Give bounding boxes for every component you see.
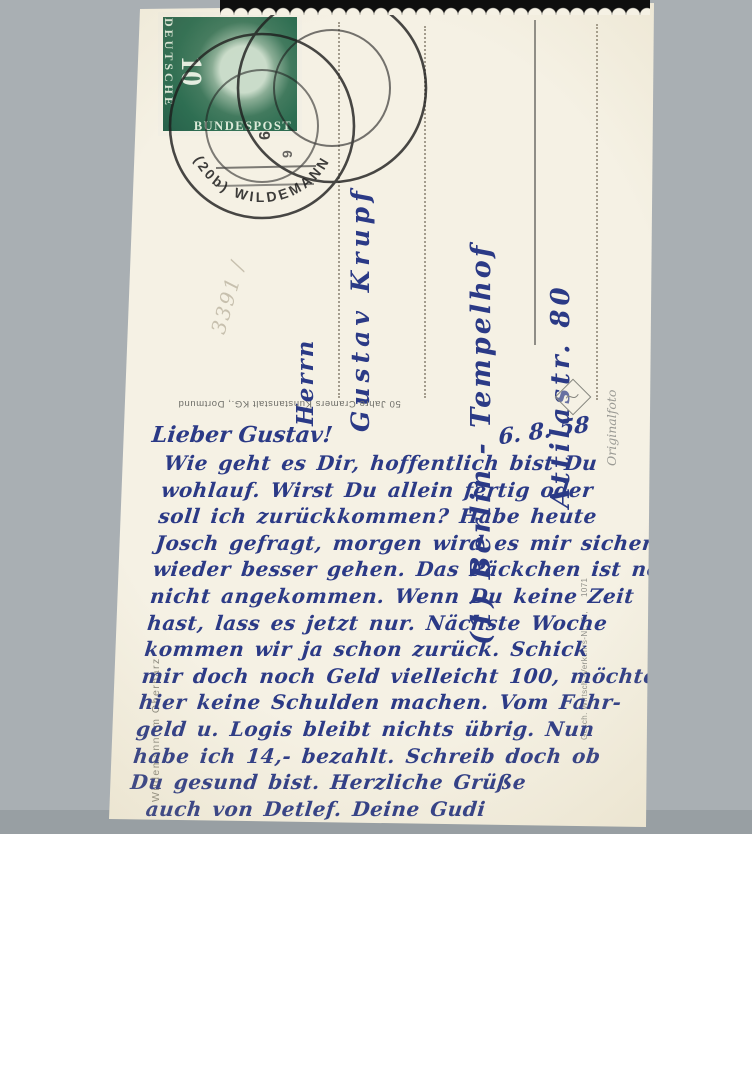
message-line: Wie geht es Dir, hoffentlich bist Du <box>163 450 701 477</box>
postmark-inner-ring <box>206 70 318 182</box>
message-line: Du gesund bist. Herzliche Grüße <box>129 769 667 796</box>
svg-text:(20b) WILDEMANN: (20b) WILDEMANN <box>191 153 333 205</box>
address-divider-line <box>596 24 598 400</box>
address-underline <box>534 20 536 345</box>
message-line: wieder besser gehen. Das Päckchen ist no… <box>152 556 690 583</box>
pencil-inventory-number: 3391 / <box>206 257 250 337</box>
message-line: mir doch noch Geld vielleicht 100, möcht… <box>140 663 678 690</box>
scanned-postcard-image: 3391 / Herrn Gustav Krupf (1) Berlin - T… <box>0 0 752 1072</box>
postmark-date-digit: 6 <box>257 131 274 140</box>
message-line: wohlauf. Wirst Du allein fertig oder <box>160 477 698 504</box>
postmark-time-digit: 9 <box>279 150 295 158</box>
message-line: nicht angekommen. Wenn Du keine Zeit <box>149 583 687 610</box>
message-body: Wie geht es Dir, hoffentlich bist Du woh… <box>126 450 700 822</box>
postmark-inner-ring <box>274 30 390 146</box>
message-line: auch von Detlef. Deine Gudi <box>126 796 664 823</box>
logo-squiggle-icon <box>564 390 580 402</box>
scanner-background: 3391 / Herrn Gustav Krupf (1) Berlin - T… <box>0 0 752 834</box>
address-street-line: Attilastr. 80 <box>546 88 576 508</box>
publisher-imprint: 50 Jahre Cramers Kunstanstalt KG., Dortm… <box>178 398 401 409</box>
message-line: hier keine Schulden machen. Vom Fahr- <box>138 689 676 716</box>
message-line: kommen wir ja schon zurück. Schick <box>143 636 681 663</box>
postcard-back: 3391 / Herrn Gustav Krupf (1) Berlin - T… <box>0 0 752 834</box>
postmark-cancel: (20b) WILDEMANN 6 9 <box>120 0 480 240</box>
message-salutation: Lieber Gustav! <box>151 422 334 448</box>
message-line: hast, lass es jetzt nur. Nächste Woche <box>146 610 684 637</box>
message-line: soll ich zurückkommen? Habe heute <box>157 503 695 530</box>
deckled-top-edge <box>220 0 650 15</box>
message-line: habe ich 14,- bezahlt. Schreib doch ob <box>132 743 670 770</box>
message-line: Josch gefragt, morgen wird es mir sicher <box>154 530 692 557</box>
message-line: geld u. Logis bleibt nichts übrig. Nun <box>135 716 673 743</box>
postmark-outer-ring <box>238 0 426 182</box>
postmark-town: (20b) WILDEMANN <box>191 153 333 205</box>
